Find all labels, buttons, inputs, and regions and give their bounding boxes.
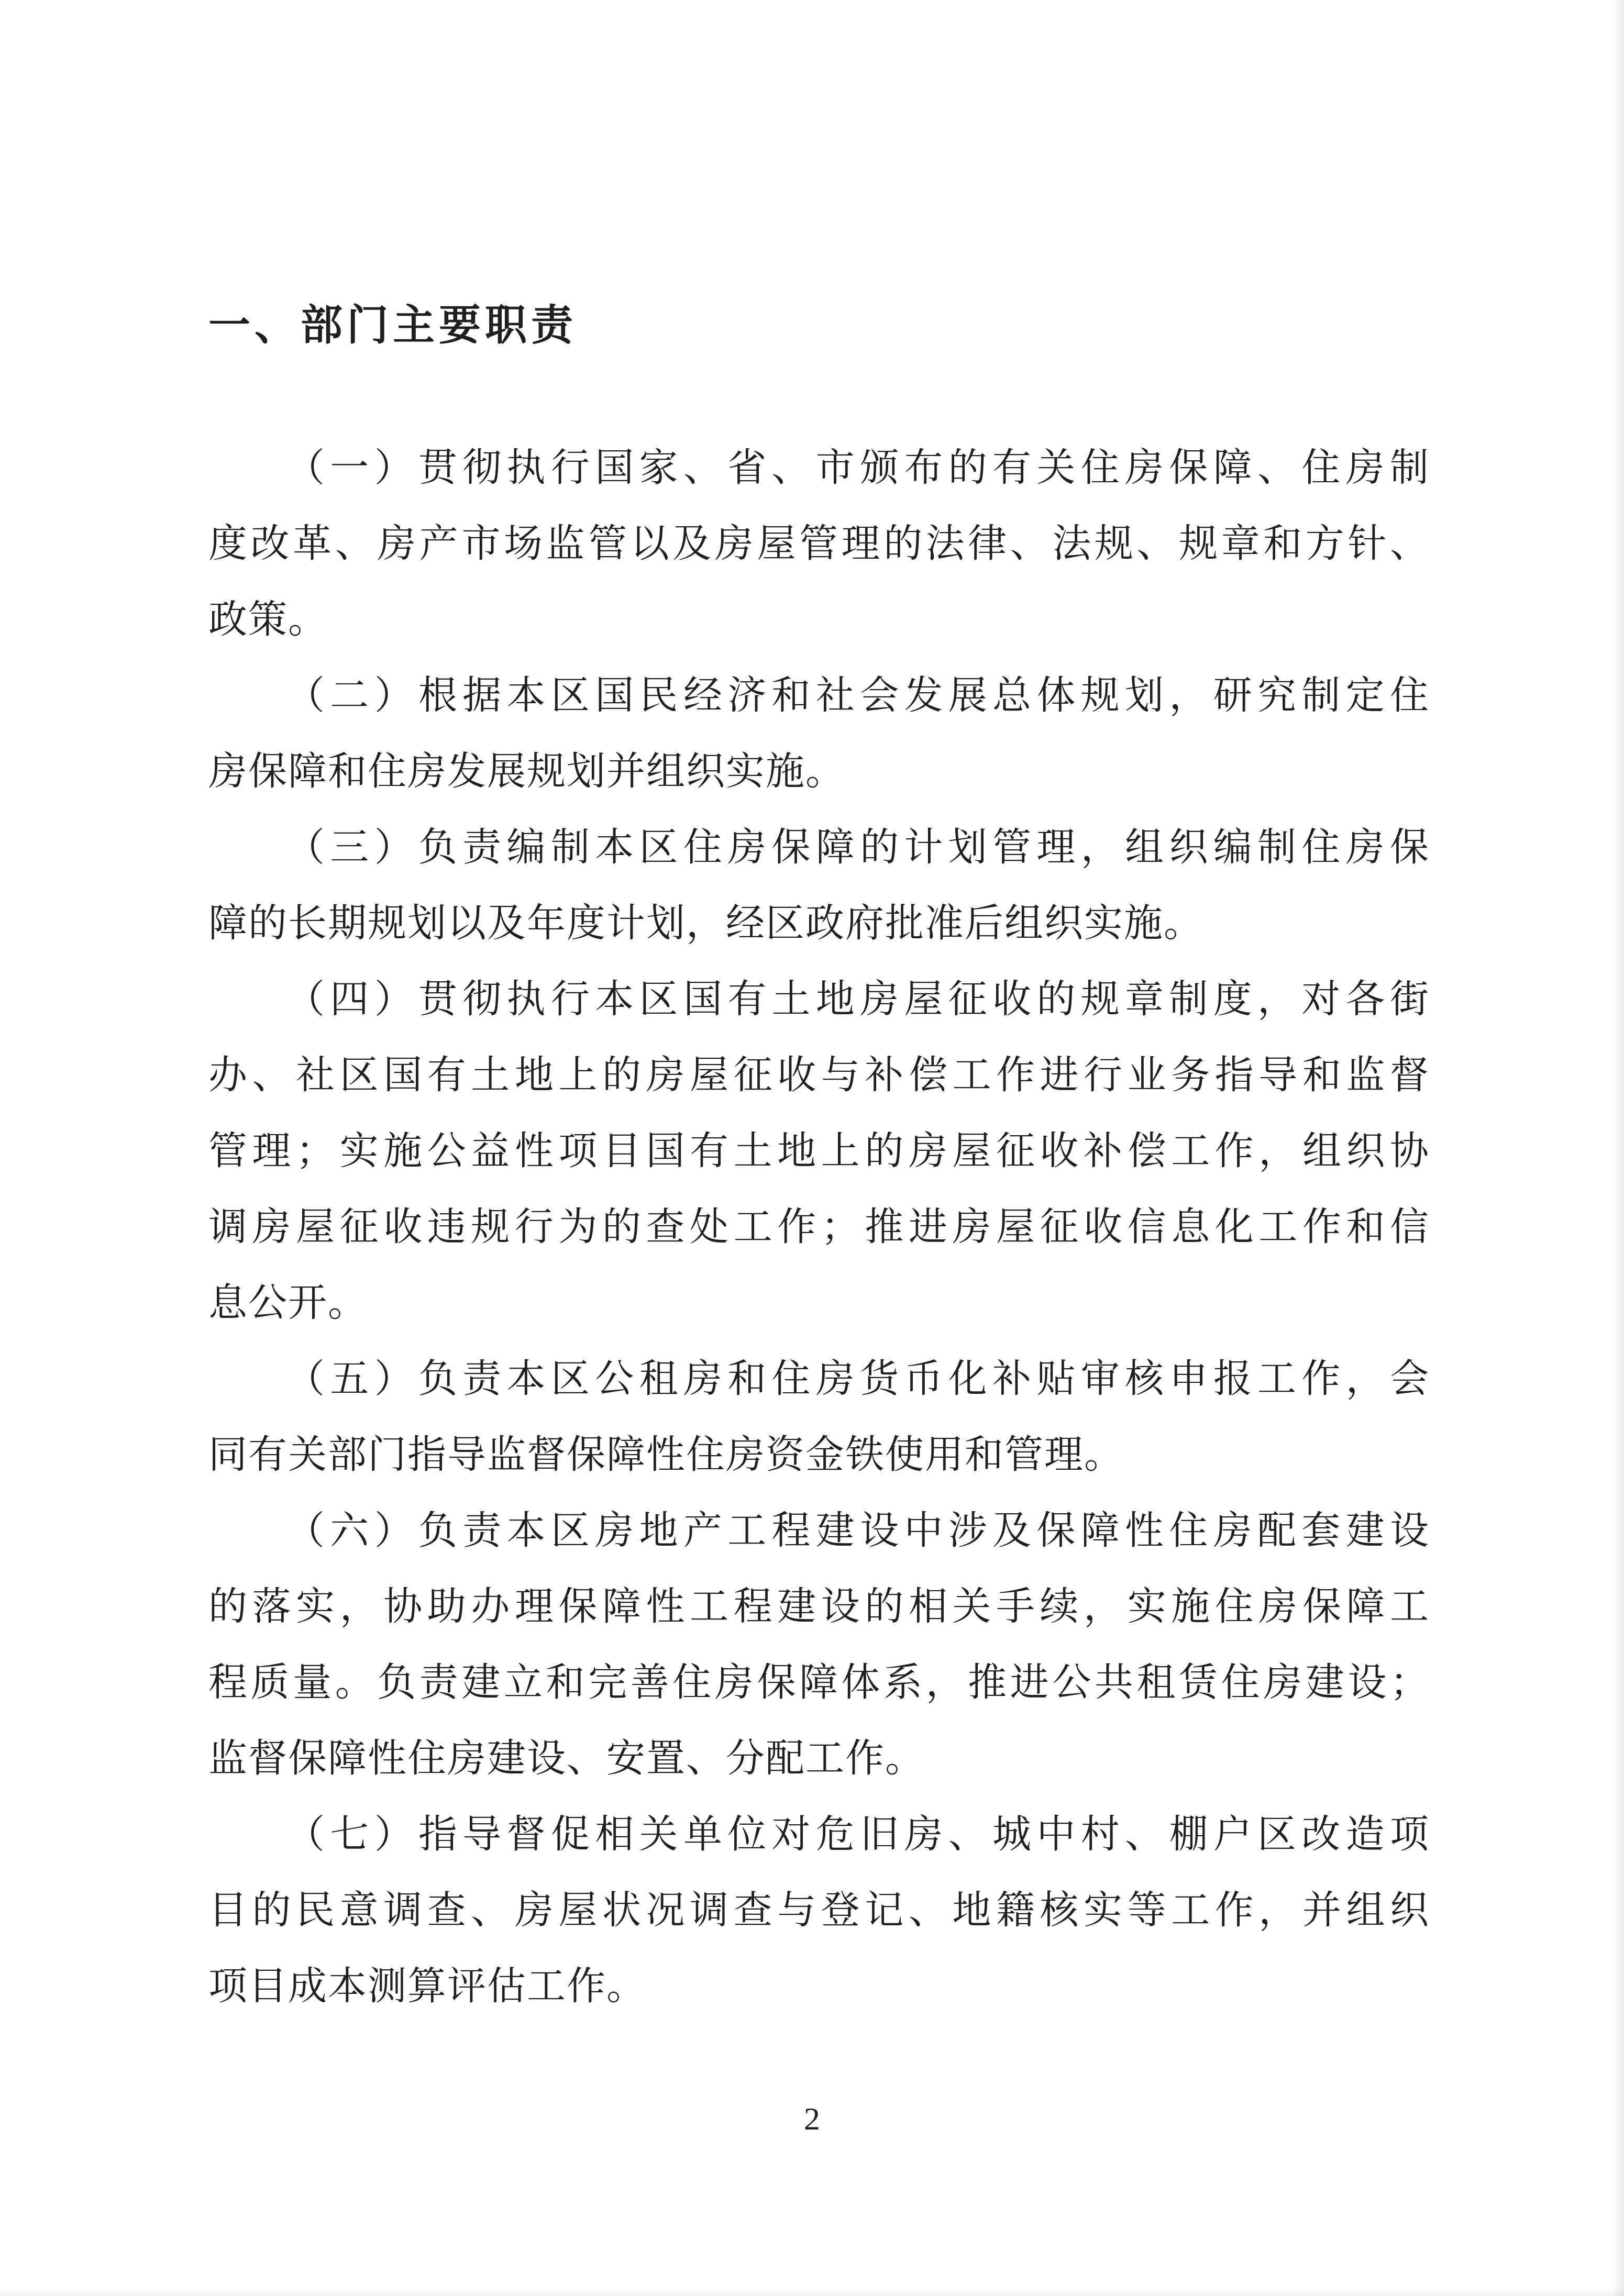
paragraph-5: （五）负责本区公租房和住房货币化补贴审核申报工作，会同有关部门指导监督保障性住房… (208, 1341, 1430, 1493)
paragraph-line: 办、社区国有土地上的房屋征收与补偿工作进行业务指导和监督 (208, 1038, 1430, 1114)
paragraph-line: 度改革、房产市场监管以及房屋管理的法律、法规、规章和方针、 (208, 506, 1430, 582)
paragraph-line: 目的民意调查、房屋状况调查与登记、地籍核实等工作，并组织 (208, 1873, 1430, 1949)
paragraph-line: （六）负责本区房地产工程建设中涉及保障性住房配套建设 (208, 1493, 1430, 1569)
paragraph-line: 项目成本测算评估工作。 (208, 1949, 1430, 2025)
paragraph-6: （六）负责本区房地产工程建设中涉及保障性住房配套建设的落实，协助办理保障性工程建… (208, 1493, 1430, 1797)
paragraph-line: 政策。 (208, 582, 1430, 658)
paragraph-line: 管理；实施公益性项目国有土地上的房屋征收补偿工作，组织协 (208, 1114, 1430, 1190)
document-page: 一、部门主要职责 （一）贯彻执行国家、省、市颁布的有关住房保障、住房制度改革、房… (0, 0, 1624, 2296)
paragraph-line: （三）负责编制本区住房保障的计划管理，组织编制住房保 (208, 810, 1430, 886)
paragraph-line: 调房屋征收违规行为的查处工作；推进房屋征收信息化工作和信 (208, 1190, 1430, 1266)
paragraph-line: （一）贯彻执行国家、省、市颁布的有关住房保障、住房制 (208, 430, 1430, 506)
paragraph-line: （五）负责本区公租房和住房货币化补贴审核申报工作，会 (208, 1341, 1430, 1417)
paragraph-7: （七）指导督促相关单位对危旧房、城中村、棚户区改造项目的民意调查、房屋状况调查与… (208, 1797, 1430, 2025)
paragraph-line: 障的长期规划以及年度计划，经区政府批准后组织实施。 (208, 886, 1430, 962)
paragraph-1: （一）贯彻执行国家、省、市颁布的有关住房保障、住房制度改革、房产市场监管以及房屋… (208, 430, 1430, 658)
page-number: 2 (0, 2101, 1624, 2138)
paragraph-line: 程质量。负责建立和完善住房保障体系，推进公共租赁住房建设； (208, 1645, 1430, 1721)
paragraph-line: 的落实，协助办理保障性工程建设的相关手续，实施住房保障工 (208, 1569, 1430, 1645)
document-body: 一、部门主要职责 （一）贯彻执行国家、省、市颁布的有关住房保障、住房制度改革、房… (208, 298, 1430, 2025)
paragraph-line: 监督保障性住房建设、安置、分配工作。 (208, 1721, 1430, 1797)
paragraph-line: （四）贯彻执行本区国有土地房屋征收的规章制度，对各街 (208, 962, 1430, 1038)
paragraph-line: （二）根据本区国民经济和社会发展总体规划，研究制定住 (208, 658, 1430, 734)
paragraph-2: （二）根据本区国民经济和社会发展总体规划，研究制定住房保障和住房发展规划并组织实… (208, 658, 1430, 810)
paragraph-line: 同有关部门指导监督保障性住房资金铁使用和管理。 (208, 1417, 1430, 1493)
paragraph-line: 房保障和住房发展规划并组织实施。 (208, 734, 1430, 810)
paragraph-list: （一）贯彻执行国家、省、市颁布的有关住房保障、住房制度改革、房产市场监管以及房屋… (208, 430, 1430, 2025)
section-heading: 一、部门主要职责 (208, 298, 1430, 353)
paragraph-3: （三）负责编制本区住房保障的计划管理，组织编制住房保障的长期规划以及年度计划，经… (208, 810, 1430, 962)
paragraph-line: 息公开。 (208, 1266, 1430, 1341)
paragraph-4: （四）贯彻执行本区国有土地房屋征收的规章制度，对各街办、社区国有土地上的房屋征收… (208, 962, 1430, 1341)
paragraph-line: （七）指导督促相关单位对危旧房、城中村、棚户区改造项 (208, 1797, 1430, 1873)
